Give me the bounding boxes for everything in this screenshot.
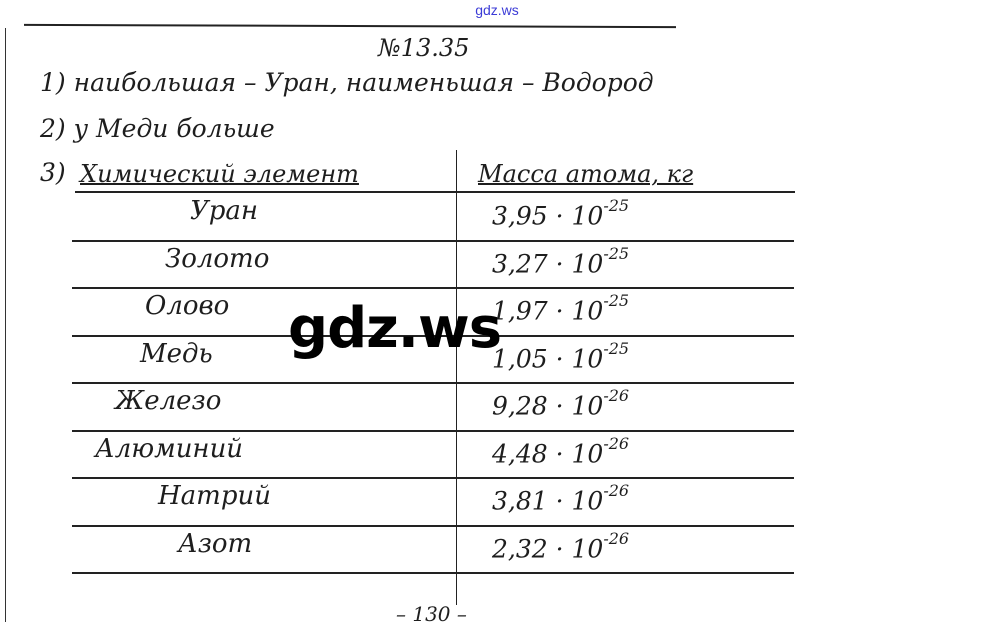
row-rule [72, 477, 794, 479]
row-rule [72, 287, 794, 289]
atom-mass: 2,32 · 10-26 [492, 533, 629, 563]
mass-exponent: -26 [603, 386, 629, 405]
element-name: Уран [190, 196, 258, 226]
mass-mantissa: 2,32 · 10 [492, 534, 603, 563]
row-rule [72, 240, 794, 242]
atom-mass: 9,28 · 10-26 [492, 390, 629, 420]
header-element: Химический элемент [80, 160, 359, 188]
element-name: Железо [115, 386, 221, 416]
row-rule [72, 572, 794, 574]
atom-mass: 1,97 · 10-25 [492, 295, 629, 325]
atom-mass: 3,95 · 10-25 [492, 200, 629, 230]
row-rule [72, 382, 794, 384]
atom-mass: 1,05 · 10-25 [492, 343, 629, 373]
task-number: №13.35 [378, 34, 469, 62]
mass-exponent: -26 [603, 434, 629, 453]
mass-mantissa: 1,97 · 10 [492, 296, 603, 325]
mass-exponent: -25 [603, 339, 629, 358]
mass-mantissa: 3,81 · 10 [492, 486, 603, 515]
mass-exponent: -25 [603, 196, 629, 215]
atom-mass: 4,48 · 10-26 [492, 438, 629, 468]
row-rule [72, 430, 794, 432]
mass-exponent: -26 [603, 481, 629, 500]
watermark-overlay: gdz.ws [288, 296, 501, 361]
element-name: Олово [145, 291, 229, 321]
element-name: Золото [165, 244, 269, 274]
watermark-link[interactable]: gdz.ws [0, 2, 994, 18]
mass-mantissa: 1,05 · 10 [492, 344, 603, 373]
page-number: – 130 – [396, 602, 467, 622]
mass-exponent: -26 [603, 529, 629, 548]
table-header-rule [75, 191, 795, 193]
atom-mass: 3,81 · 10-26 [492, 485, 629, 515]
mass-mantissa: 4,48 · 10 [492, 439, 603, 468]
mass-exponent: -25 [603, 244, 629, 263]
page-left-edge [5, 28, 6, 622]
mass-exponent: -25 [603, 291, 629, 310]
answer-1: 1) наибольшая – Уран, наименьшая – Водор… [40, 68, 654, 97]
column-divider [456, 150, 457, 605]
mass-mantissa: 3,95 · 10 [492, 201, 603, 230]
mass-mantissa: 9,28 · 10 [492, 391, 603, 420]
top-divider [24, 24, 676, 28]
element-name: Медь [140, 339, 213, 369]
element-name: Азот [178, 529, 252, 559]
mass-mantissa: 3,27 · 10 [492, 249, 603, 278]
row-rule [72, 525, 794, 527]
answer-2: 2) у Меди больше [40, 114, 275, 143]
answer-3-prefix: 3) [40, 158, 66, 187]
element-name: Алюминий [95, 434, 243, 464]
element-name: Натрий [158, 481, 271, 511]
atom-mass: 3,27 · 10-25 [492, 248, 629, 278]
header-mass: Масса атома, кг [478, 160, 693, 188]
